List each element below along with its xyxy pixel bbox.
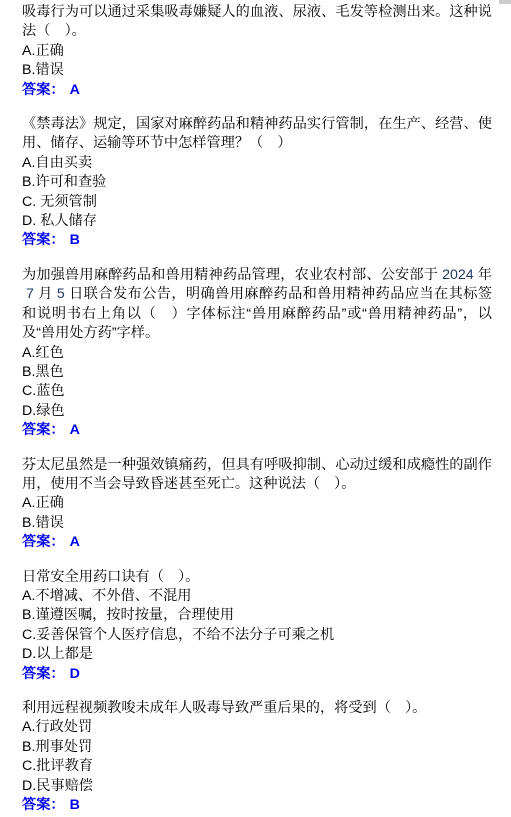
answer-label: 答案： [22,232,65,248]
answer-line: 答案：D [22,665,492,684]
option-b: B.黑色 [22,363,492,382]
answer-label: 答案： [22,797,65,813]
option-c: C.妥善保管个人医疗信息，不给不法分子可乘之机 [22,626,492,645]
answer-label: 答案： [22,534,65,550]
answer-value: B [70,797,80,813]
option-a: A.正确 [22,494,492,513]
day-number: 5 [57,286,65,302]
option-b: B.错误 [22,514,492,533]
question-block-1: 吸毒行为可以通过采集吸毒嫌疑人的血液、尿液、毛发等检测出来。这种说法（ ）。 A… [22,3,492,100]
option-c: C.蓝色 [22,382,492,401]
question-text: 日常安全用药口诀有（ ）。 [22,568,492,587]
question-text: 芬太尼虽然是一种强效镇痛药，但具有呼吸抑制、心动过缓和成瘾性的副作用，使用不当会… [22,456,492,495]
question-text: 为加强兽用麻醉药品和兽用精神药品管理，农业农村部、公安部于2024年7月5日联合… [22,266,492,344]
answer-line: 答案：A [22,81,492,100]
option-b: B.谨遵医嘱，按时按量，合理使用 [22,606,492,625]
answer-value: D [70,666,80,682]
question-text-segment: 年 [478,267,492,283]
answer-label: 答案： [22,82,65,98]
answer-value: A [70,422,80,438]
option-c: C.批评教育 [22,757,492,776]
option-a: A.红色 [22,344,492,363]
document-page: 吸毒行为可以通过采集吸毒嫌疑人的血液、尿液、毛发等检测出来。这种说法（ ）。 A… [0,0,511,815]
question-text: 吸毒行为可以通过采集吸毒嫌疑人的血液、尿液、毛发等检测出来。这种说法（ ）。 [22,3,492,42]
scrollbar-fragment [499,0,511,4]
option-d: D.绿色 [22,402,492,421]
option-a: A.行政处罚 [22,718,492,737]
question-block-5: 日常安全用药口诀有（ ）。 A.不增减、不外借、不混用 B.谨遵医嘱，按时按量，… [22,568,492,684]
option-c: C. 无须管制 [22,193,492,212]
answer-line: 答案：B [22,231,492,250]
option-a: A.正确 [22,42,492,61]
option-b: B.错误 [22,61,492,80]
option-d: D.以上都是 [22,645,492,664]
option-b: B.刑事处罚 [22,738,492,757]
question-text-segment: 为加强兽用麻醉药品和兽用精神药品管理，农业农村部、公安部于 [22,267,438,283]
year-number: 2024 [442,267,474,283]
answer-value: B [70,232,80,248]
month-number: 7 [26,286,34,302]
question-text: 利用远程视频教唆未成年人吸毒导致严重后果的，将受到（ ）。 [22,699,492,718]
answer-label: 答案： [22,666,65,682]
answer-line: 答案：A [22,421,492,440]
option-b: B.许可和查验 [22,173,492,192]
answer-value: A [70,534,80,550]
question-block-4: 芬太尼虽然是一种强效镇痛药，但具有呼吸抑制、心动过缓和成瘾性的副作用，使用不当会… [22,456,492,553]
answer-label: 答案： [22,422,65,438]
question-block-3: 为加强兽用麻醉药品和兽用精神药品管理，农业农村部、公安部于2024年7月5日联合… [22,266,492,441]
answer-value: A [70,82,80,98]
question-text: 《禁毒法》规定，国家对麻醉药品和精神药品实行管制，在生产、经营、使用、储存、运输… [22,115,492,154]
question-text-segment: 月 [38,286,53,302]
answer-line: 答案：A [22,533,492,552]
answer-line: 答案：B [22,796,492,815]
option-a: A.不增减、不外借、不混用 [22,587,492,606]
option-d: D.民事赔偿 [22,777,492,796]
question-block-6: 利用远程视频教唆未成年人吸毒导致严重后果的，将受到（ ）。 A.行政处罚 B.刑… [22,699,492,815]
option-a: A.自由买卖 [22,154,492,173]
question-block-2: 《禁毒法》规定，国家对麻醉药品和精神药品实行管制，在生产、经营、使用、储存、运输… [22,115,492,251]
option-d: D. 私人储存 [22,212,492,231]
question-text-segment: 日联合发布公告，明确兽用麻醉药品和兽用精神药品应当在其标签和说明书右上角以（ ）… [22,286,492,341]
